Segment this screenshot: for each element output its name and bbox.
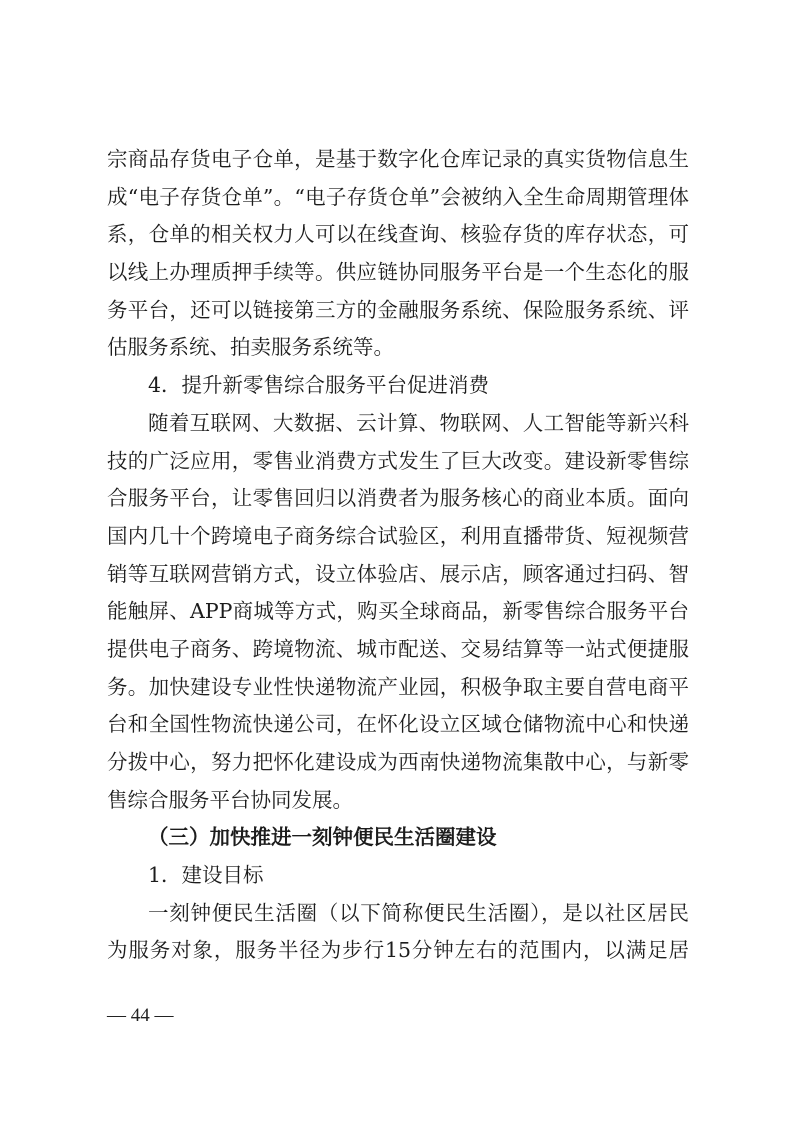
- paragraph-line: 一刻钟便民生活圈（以下简称便民生活圈），是以社区居民: [107, 895, 689, 933]
- paragraph-line: 技的广泛应用，零售业消费方式发生了巨大改变。建设新零售综: [107, 443, 689, 481]
- paragraph-line: 务。加快建设专业性快递物流产业园，积极争取主要自营电商平: [107, 669, 689, 707]
- paragraph-line: 宗商品存货电子仓单，是基于数字化仓库记录的真实货物信息生: [107, 141, 689, 179]
- paragraph-line: 能触屏、APP商城等方式，购买全球商品，新零售综合服务平台: [107, 593, 689, 631]
- paragraph-line: 系，仓单的相关权力人可以在线查询、核验存货的库存状态，可: [107, 216, 689, 254]
- subheading-4: 4．提升新零售综合服务平台促进消费: [107, 367, 689, 405]
- document-page: 宗商品存货电子仓单，是基于数字化仓库记录的真实货物信息生 成“电子存货仓单”。“…: [0, 0, 793, 1122]
- paragraph-line: 提供电子商务、跨境物流、城市配送、交易结算等一站式便捷服: [107, 631, 689, 669]
- paragraph-line: 台和全国性物流快递公司，在怀化设立区域仓储物流中心和快递: [107, 706, 689, 744]
- paragraph-line: 估服务系统、拍卖服务系统等。: [107, 329, 689, 367]
- paragraph-line: 务平台，还可以链接第三方的金融服务系统、保险服务系统、评: [107, 292, 689, 330]
- subheading-1: 1．建设目标: [107, 857, 689, 895]
- section-heading-3: （三）加快推进一刻钟便民生活圈建设: [107, 819, 689, 857]
- paragraph-line: 售综合服务平台协同发展。: [107, 782, 689, 820]
- paragraph-line: 成“电子存货仓单”。“电子存货仓单”会被纳入全生命周期管理体: [107, 179, 689, 217]
- paragraph-line: 随着互联网、大数据、云计算、物联网、人工智能等新兴科: [107, 405, 689, 443]
- paragraph-line: 合服务平台，让零售回归以消费者为服务核心的商业本质。面向: [107, 480, 689, 518]
- page-number: — 44 —: [107, 1005, 174, 1027]
- paragraph-line: 国内几十个跨境电子商务综合试验区，利用直播带货、短视频营: [107, 518, 689, 556]
- paragraph-line: 为服务对象，服务半径为步行15分钟左右的范围内，以满足居: [107, 932, 689, 970]
- paragraph-line: 销等互联网营销方式，设立体验店、展示店，顾客通过扫码、智: [107, 556, 689, 594]
- document-body: 宗商品存货电子仓单，是基于数字化仓库记录的真实货物信息生 成“电子存货仓单”。“…: [107, 141, 689, 970]
- paragraph-line: 分拨中心，努力把怀化建设成为西南快递物流集散中心，与新零: [107, 744, 689, 782]
- paragraph-line: 以线上办理质押手续等。供应链协同服务平台是一个生态化的服: [107, 254, 689, 292]
